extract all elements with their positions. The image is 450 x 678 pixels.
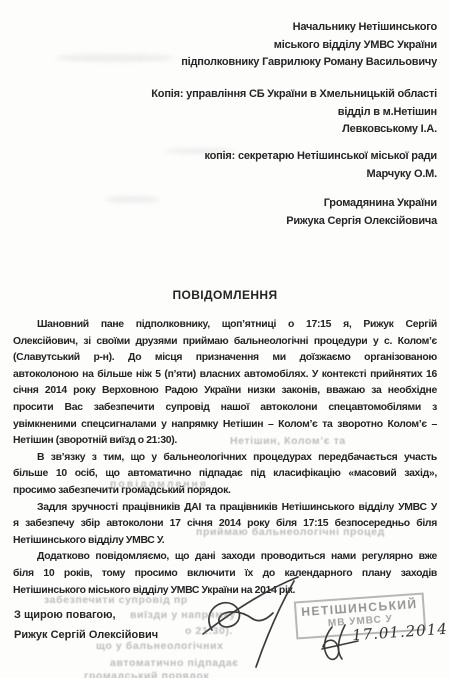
body-line: В зв’язку з тим, що у бальнеологічних пр… <box>13 450 437 467</box>
recipient-block-primary: Начальнику Нетішинського міського відділ… <box>13 19 437 72</box>
body-line: Задля зручності працівників ДАІ та праці… <box>13 500 437 517</box>
body-line: Шановний пане підполковнику, щоп’ятниці … <box>13 317 437 334</box>
ghost-text: виїзди у напрямку <box>130 609 236 621</box>
recipient-block-copy-sbu: Копія: управління СБ України в Хмельниць… <box>13 86 437 139</box>
scanned-letter-page: Начальнику Нетішинського міського відділ… <box>0 0 450 678</box>
body-line: автоколоною на більше ніж 5 (п’яти) влас… <box>13 367 437 384</box>
sender-block: Громадянина України Рижука Сергія Олексі… <box>13 195 437 230</box>
body-line: Додатково повідомляємо, що дані заходи п… <box>13 549 437 566</box>
body-line: Нетішин (зворотній виїзд о 21:30). <box>13 433 437 450</box>
ghost-text: приймаю бальнеологічні процед <box>196 526 385 538</box>
recipient-line: Копія: управління СБ України в Хмельниць… <box>13 86 437 104</box>
body-line: більше 10 осіб, що автоматично підпадає … <box>13 466 437 483</box>
body-line: увімкненими спецсигналами у напрямку Нет… <box>13 417 437 434</box>
ghost-text: повідомлення <box>110 478 208 490</box>
recipient-block-copy-council: копія: секретарю Нетішинської міської ра… <box>13 148 437 183</box>
body-line: Олексійович, зі своїми друзями приймаю б… <box>13 334 437 351</box>
sender-line: Громадянина України <box>13 195 437 213</box>
body-line: січня 2014 року Верховною Радою України … <box>13 383 437 400</box>
recipient-line: копія: секретарю Нетішинської міської ра… <box>13 148 437 166</box>
ghost-text: забезпечити супровід пр <box>44 594 188 606</box>
body-line: (Славутський р-н). До місця призначення … <box>13 350 437 367</box>
body-line: просимо забезпечити громадський порядок. <box>13 483 437 500</box>
ghost-text: автоматично підпадає <box>110 657 239 669</box>
sender-line: Рижука Сергія Олексійовича <box>13 213 437 231</box>
letter-body: Шановний пане підполковнику, щоп’ятниці … <box>13 317 437 599</box>
recipient-line: Начальнику Нетішинського <box>13 19 437 37</box>
recipient-line: міського відділу УМВС України <box>13 37 437 55</box>
recipient-line: Марчуку О.М. <box>13 166 437 184</box>
body-line: просити Вас забезпечити супровід нашої а… <box>13 400 437 417</box>
ghost-text: Нетішин, Колом’є та <box>230 435 346 447</box>
ghost-text: о 21:30). <box>185 625 233 637</box>
document-title: ПОВІДОМЛЕННЯ <box>0 288 450 302</box>
ghost-text: громадський порядок <box>84 670 209 678</box>
recipient-line: Левковському І.А. <box>13 121 437 139</box>
ghost-text: що у бальнеологічних <box>96 640 224 652</box>
recipient-line: відділ в м.Нетішин <box>13 104 437 122</box>
recipient-line: підполковнику Гаврилюку Роману Васильови… <box>13 54 437 72</box>
